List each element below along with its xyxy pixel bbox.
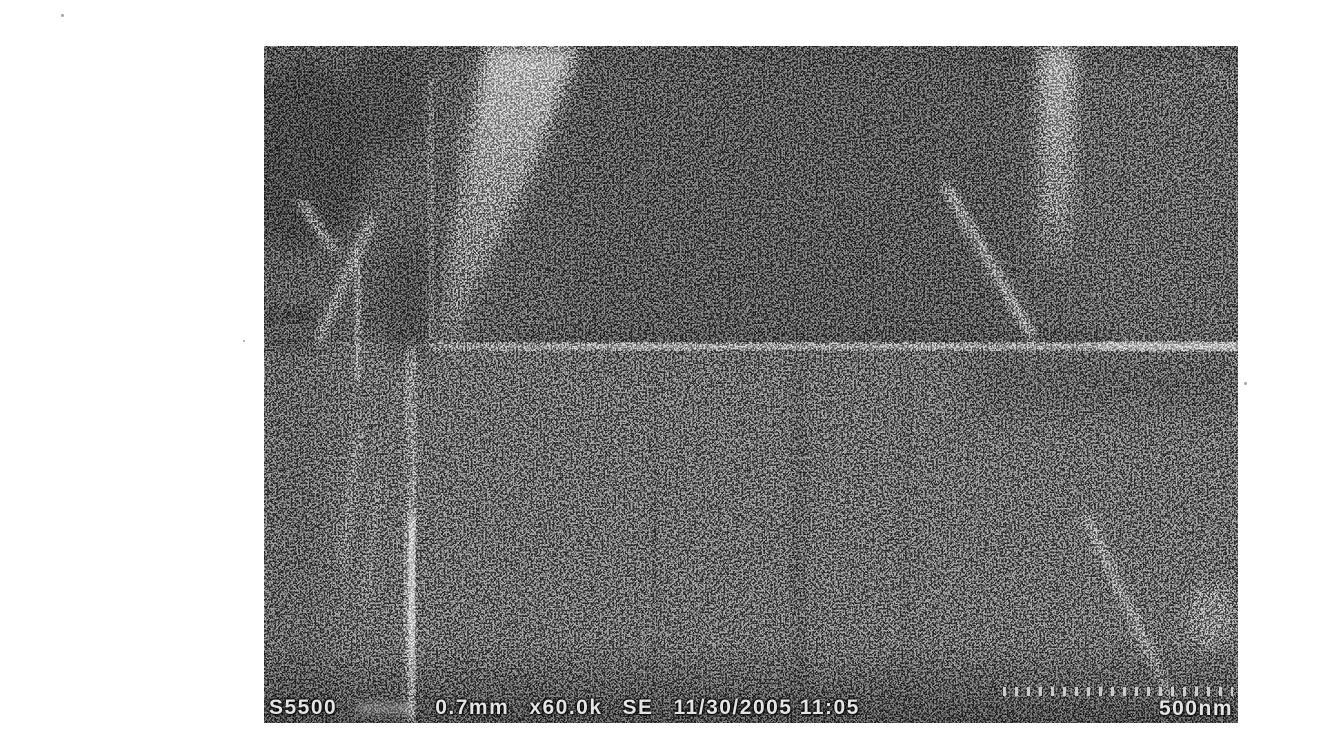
working-distance-label: 0.7mm	[435, 696, 509, 720]
artifact-speck	[1244, 382, 1247, 385]
detector-label: SE	[623, 696, 654, 720]
sem-micrograph: S5500 0.7mm x60.0k SE 11/30/2005 11:05 5…	[264, 46, 1238, 723]
halftone-noise-overlay	[264, 46, 1238, 723]
magnification-label: x60.0k	[529, 696, 602, 720]
artifact-speck	[61, 14, 64, 17]
scale-label: 500nm	[1159, 697, 1233, 720]
faint-illegible-text	[357, 702, 415, 715]
info-bar: S5500 0.7mm x60.0k SE 11/30/2005 11:05	[269, 696, 860, 720]
scale-tick-marks	[1003, 687, 1233, 696]
sem-texture-svg	[264, 46, 1238, 723]
page-background: { "page": { "background_color": "#ffffff…	[0, 0, 1338, 730]
scale-bar: 500nm	[1003, 687, 1233, 721]
artifact-speck	[243, 340, 245, 342]
instrument-label: S5500	[269, 696, 337, 720]
datetime-label: 11/30/2005 11:05	[674, 696, 860, 720]
